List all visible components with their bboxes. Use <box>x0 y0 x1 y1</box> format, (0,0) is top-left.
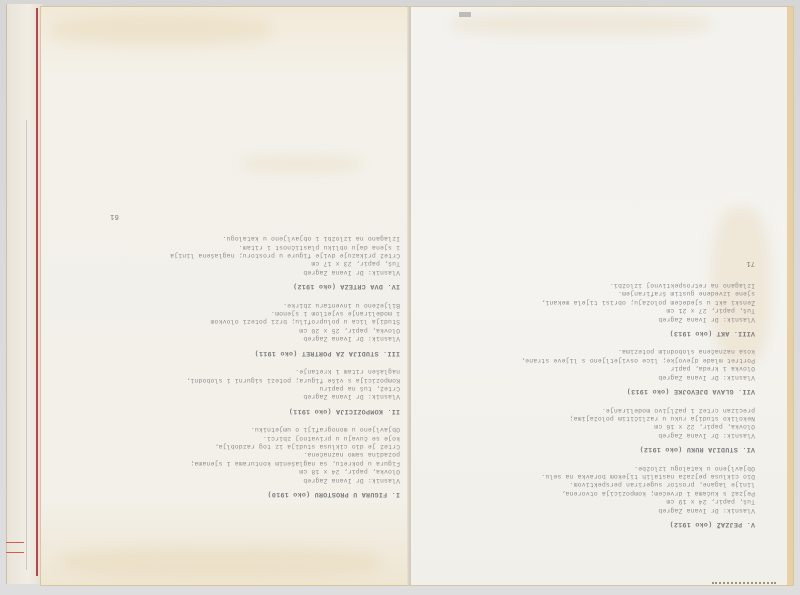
text-line: Dio ciklusa pejzaža nastalih tijekom bor… <box>455 472 755 480</box>
text-line: Tuš, papir, 23 x 17 cm <box>110 259 400 267</box>
text-line: linije lagane, prostor sugeriran perspek… <box>455 480 755 488</box>
text-line: Olovka, papir, 24 x 18 cm <box>110 467 400 475</box>
text-line: Vlasnik: Dr Ivana Zagreb <box>455 505 755 513</box>
text-line: naglašen ritam i kretanje. <box>110 367 400 375</box>
text-line: Vlasnik: Dr Ivana Zagreb <box>455 372 755 380</box>
text-line: sjene izvedene gustim šrafiranjem. <box>455 289 755 297</box>
text-line: Studija lica u poluprofilu; brzi potezi … <box>110 317 400 325</box>
scanned-document: I. FIGURA U PROSTORU (oko 1910) Vlasnik:… <box>0 0 800 595</box>
text-line: Objavljeno u monografiji o umjetniku. <box>110 425 400 433</box>
section-heading: II. KOMPOZICIJA (oko 1911) <box>110 406 400 414</box>
text-line: Vlasnik: Dr Ivana Zagreb <box>110 334 400 342</box>
text-line: Izlagano na retrospektivnoj izložbi. <box>455 281 755 289</box>
section-heading: VIII. AKT (oko 1913) <box>455 329 755 337</box>
text-line: Kompozicija s više figura; potezi sigurn… <box>110 375 400 383</box>
text-line: Pejzaž s kućama i drvećem; kompozicija o… <box>455 488 755 496</box>
red-tick-mark <box>6 552 24 553</box>
text-line: i sjena daju obliku plastičnost i ritam. <box>110 242 400 250</box>
text-line: Objavljeno u katalogu izložbe. <box>455 463 755 471</box>
text-line: pozadina samo naznačena. <box>110 450 400 458</box>
text-line: Figura u pokretu, sa naglašenim konturam… <box>110 458 400 466</box>
left-section-3: II. KOMPOZICIJA (oko 1911) Vlasnik: Dr I… <box>110 367 400 415</box>
text-line: Bilježeno u inventaru zbirke. <box>110 300 400 308</box>
left-section-1: IV. DVA CRTEZA (oko 1912) Vlasnik: Dr Iv… <box>110 234 400 290</box>
section-heading: I. FIGURA U PROSTORU (oko 1910) <box>110 490 400 498</box>
handwritten-signature-mark <box>712 578 776 584</box>
text-line: Olovka, papir, 22 x 16 cm <box>455 422 755 430</box>
right-section-2: VII. GLAVA DJEVOJKE (oko 1913) Vlasnik: … <box>455 347 755 395</box>
right-section-3: VI. STUDIJA RUKU (oko 1912) Vlasnik: Dr … <box>455 405 755 453</box>
text-line: Vlasnik: Dr Ivana Zagreb <box>110 392 400 400</box>
text-line: Olovka, papir, 25 x 20 cm <box>110 326 400 334</box>
text-line: Portret mlade djevojke; lice osvijetljen… <box>455 356 755 364</box>
paper-stain <box>51 15 271 45</box>
text-line: Tuš, papir, 24 x 19 cm <box>455 497 755 505</box>
text-line: Nekoliko studija ruku u različitim polož… <box>455 414 755 422</box>
binding-staple-mark <box>459 12 471 17</box>
text-line: Crtež je dio ciklusa studija iz tog razd… <box>110 442 400 450</box>
right-page-text: V. PEJZAŽ (oko 1912) Vlasnik: Dr Ivana Z… <box>455 88 755 538</box>
text-line: Izlagano na izložbi i objavljeno u katal… <box>110 234 400 242</box>
text-line: Vlasnik: Dr Ivana Zagreb <box>455 314 755 322</box>
section-heading: IV. DVA CRTEZA (oko 1912) <box>110 282 400 290</box>
page-number: 61 <box>110 211 400 219</box>
text-line: Vlasnik: Dr Ivana Zagreb <box>455 430 755 438</box>
text-line: Crtež, tuš na papiru <box>110 384 400 392</box>
text-line: Vlasnik: Dr Ivana Zagreb <box>110 475 400 483</box>
left-section-4: I. FIGURA U PROSTORU (oko 1910) Vlasnik:… <box>110 425 400 498</box>
page-number: 71 <box>455 258 755 266</box>
right-section-1: VIII. AKT (oko 1913) Vlasnik: Dr Ivana Z… <box>455 281 755 337</box>
left-section-2: III. STUDIJA ZA PORTRET (oko 1911) Vlasn… <box>110 300 400 356</box>
cover-red-rule <box>36 8 38 576</box>
cover-fold-line <box>26 120 27 570</box>
section-heading: V. PEJZAŽ (oko 1912) <box>455 520 755 528</box>
text-line: Vlasnik: Dr Ivana Zagreb <box>110 267 400 275</box>
paper-stain <box>451 13 711 35</box>
paper-stain <box>61 547 381 577</box>
text-line: kosa naznačena slobodnim potezima. <box>455 347 755 355</box>
text-line: Ženski akt u sjedećem položaju; obrisi t… <box>455 297 755 305</box>
text-line: Olovka i kreda, papir <box>455 364 755 372</box>
text-line: koje se čuvaju u privatnoj zbirci. <box>110 433 400 441</box>
red-tick-mark <box>6 542 24 543</box>
text-line: i modeliranje svjetlom i sjenom. <box>110 309 400 317</box>
left-page-text: I. FIGURA U PROSTORU (oko 1910) Vlasnik:… <box>110 78 400 508</box>
section-heading: VII. GLAVA DJEVOJKE (oko 1913) <box>455 387 755 395</box>
right-section-4: V. PEJZAŽ (oko 1912) Vlasnik: Dr Ivana Z… <box>455 463 755 528</box>
text-line: precizan crtež i pažljivo modeliranje. <box>455 405 755 413</box>
text-line: Crtež prikazuje dvije figure u prostoru;… <box>110 251 400 259</box>
section-heading: VI. STUDIJA RUKU (oko 1912) <box>455 445 755 453</box>
section-heading: III. STUDIJA ZA PORTRET (oko 1911) <box>110 348 400 356</box>
text-line: Tuš, papir, 27 x 21 cm <box>455 306 755 314</box>
